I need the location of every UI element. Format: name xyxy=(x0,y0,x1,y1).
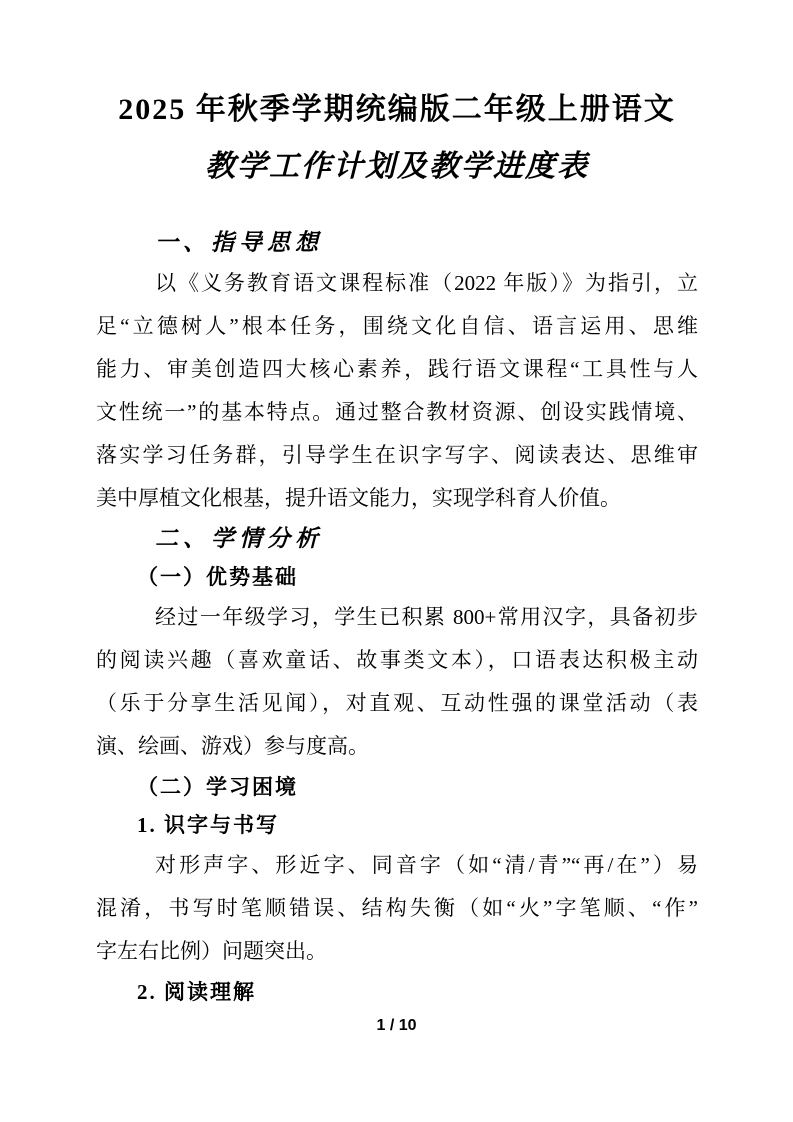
paragraph-line: 演、绘画、游戏）参与度高。 xyxy=(96,725,698,768)
paragraph-line: 混淆，书写时笔顺错误、结构失衡（如“火”字笔顺、“作” xyxy=(96,887,698,930)
subsection-1-paragraph: 经过一年级学习，学生已积累 800+常用汉字，具备初步 的阅读兴趣（喜欢童话、故… xyxy=(96,596,698,768)
paragraph-line: 的阅读兴趣（喜欢童话、故事类文本），口语表达积极主动 xyxy=(96,639,698,682)
subsection-1-heading: （一）优势基础 xyxy=(96,558,698,596)
paragraph-line: 对形声字、形近字、同音字（如“清/青”“再/在”）易 xyxy=(96,844,698,887)
document-body: 一、指导思想 以《义务教育语文课程标准（2022 年版）》为指引，立 足“立德树… xyxy=(96,224,698,1011)
paragraph-line: 足“立德树人”根本任务，围绕文化自信、语言运用、思维 xyxy=(96,305,698,348)
page-content: 2025 年秋季学期统编版二年级上册语文 教学工作计划及教学进度表 一、指导思想… xyxy=(0,0,793,1011)
item-1-heading: 1. 识字与书写 xyxy=(96,806,698,844)
paragraph-line: 经过一年级学习，学生已积累 800+常用汉字，具备初步 xyxy=(96,596,698,639)
section-1-paragraph: 以《义务教育语文课程标准（2022 年版）》为指引，立 足“立德树人”根本任务，… xyxy=(96,262,698,520)
document-subtitle: 教学工作计划及教学进度表 xyxy=(96,144,698,190)
paragraph-line: （乐于分享生活见闻），对直观、互动性强的课堂活动（表 xyxy=(96,682,698,725)
paragraph-line: 落实学习任务群，引导学生在识字写字、阅读表达、思维审 xyxy=(96,434,698,477)
section-2-heading: 二、学情分析 xyxy=(96,520,698,558)
page-number: 1 / 10 xyxy=(0,1016,793,1036)
paragraph-line: 文性统一”的基本特点。通过整合教材资源、创设实践情境、 xyxy=(96,391,698,434)
item-1-paragraph: 对形声字、形近字、同音字（如“清/青”“再/在”）易 混淆，书写时笔顺错误、结构… xyxy=(96,844,698,973)
paragraph-line: 能力、审美创造四大核心素养，践行语文课程“工具性与人 xyxy=(96,348,698,391)
section-1-heading: 一、指导思想 xyxy=(96,224,698,262)
paragraph-line: 美中厚植文化根基，提升语文能力，实现学科育人价值。 xyxy=(96,477,698,520)
document-page: 2025 年秋季学期统编版二年级上册语文 教学工作计划及教学进度表 一、指导思想… xyxy=(0,0,793,1122)
document-title: 2025 年秋季学期统编版二年级上册语文 xyxy=(96,88,698,132)
paragraph-line: 字左右比例）问题突出。 xyxy=(96,930,698,973)
paragraph-line: 以《义务教育语文课程标准（2022 年版）》为指引，立 xyxy=(96,262,698,305)
item-2-heading: 2. 阅读理解 xyxy=(96,973,698,1011)
subsection-2-heading: （二）学习困境 xyxy=(96,768,698,806)
